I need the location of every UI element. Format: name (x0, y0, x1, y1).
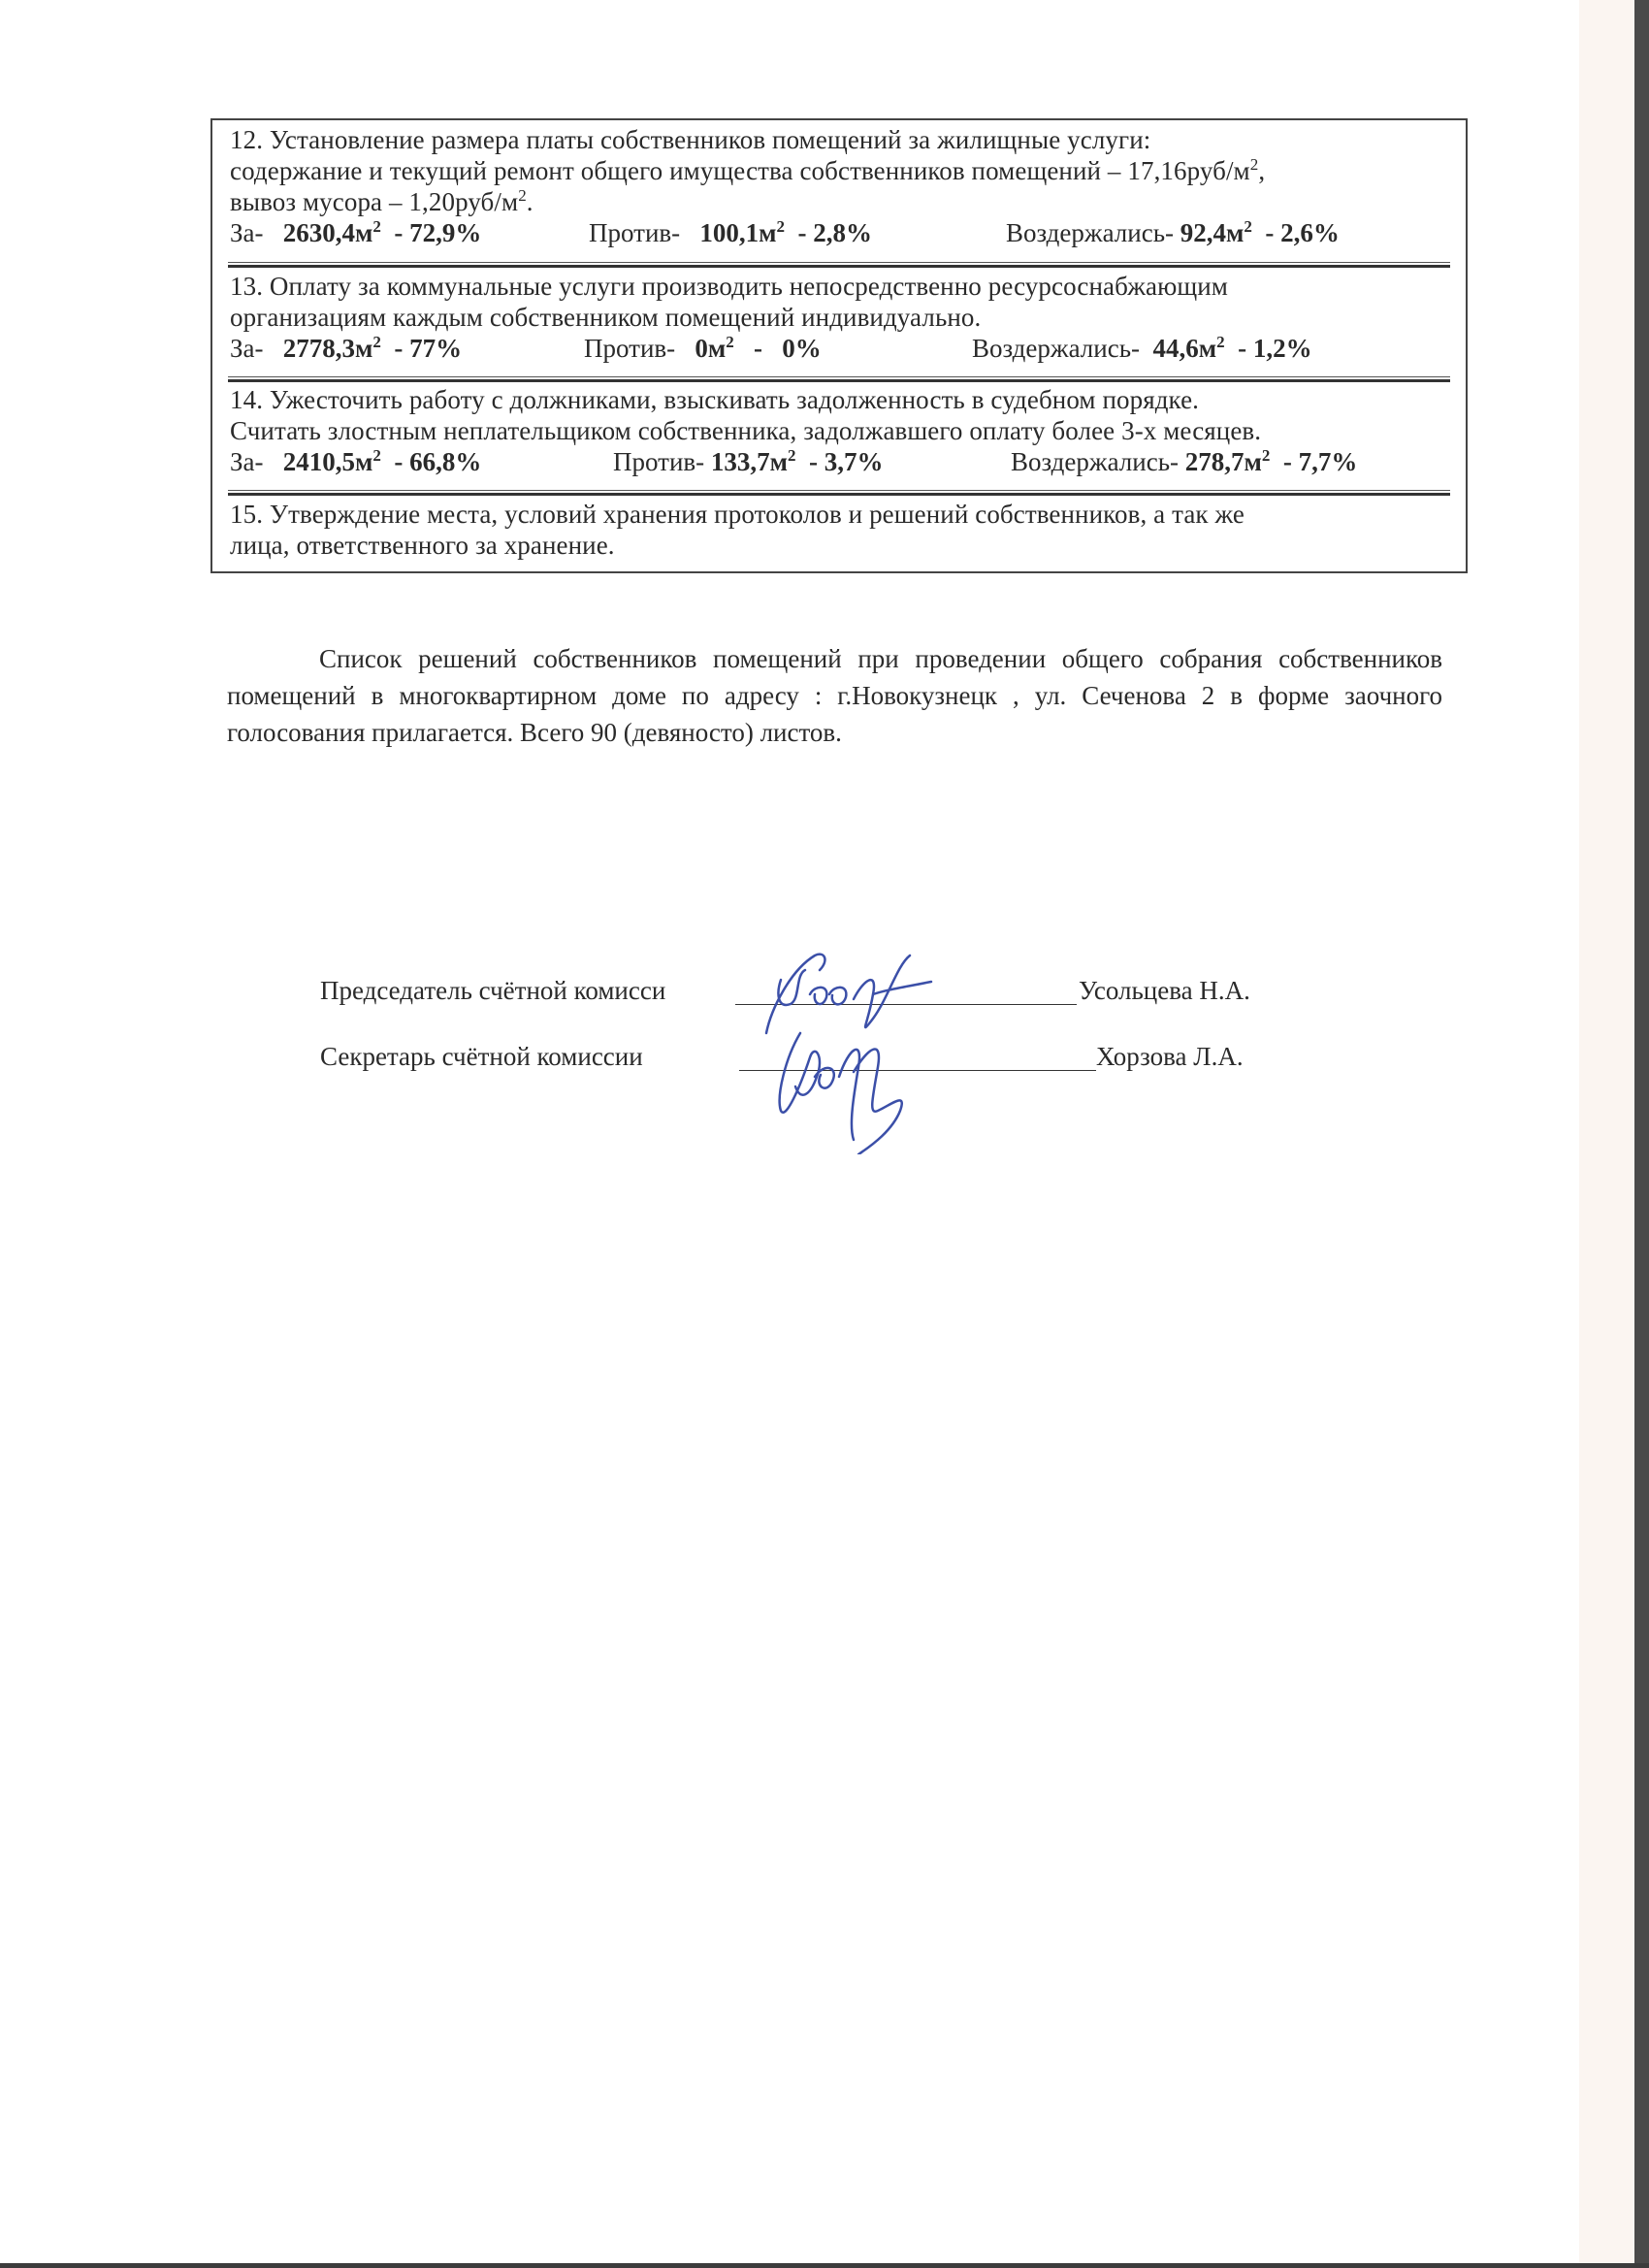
agenda-item-text: лица, ответственного за хранение. (230, 530, 1456, 561)
agenda-item-13: 13. Оплату за коммунальные услуги произв… (212, 271, 1466, 364)
secretary-name: Хорзова Л.А. (1096, 1041, 1244, 1072)
chairman-name: Усольцева Н.А. (1079, 975, 1250, 1006)
scan-border-bottom (0, 2263, 1649, 2268)
vote-against: Против- 100,1м2 - 2,8% (589, 217, 872, 248)
vote-results: За- 2630,4м2 - 72,9% Против- 100,1м2 - 2… (230, 217, 1456, 248)
agenda-item-text: Считать злостным неплательщиком собствен… (230, 415, 1456, 446)
agenda-item-text: 12. Установление размера платы собственн… (230, 124, 1456, 155)
row-divider (228, 262, 1450, 268)
agenda-item-text: вывоз мусора – 1,20руб/м2. (230, 186, 1456, 217)
agenda-item-text: 14. Ужесточить работу с должниками, взыс… (230, 384, 1456, 415)
agenda-item-text: содержание и текущий ремонт общего имуще… (230, 155, 1456, 186)
voting-results-table: 12. Установление размера платы собственн… (210, 118, 1468, 573)
vote-results: За- 2778,3м2 - 77% Против- 0м2 - 0% Возд… (230, 333, 1456, 364)
row-divider (228, 490, 1450, 496)
scan-edge-strip (1579, 0, 1634, 2263)
agenda-item-12: 12. Установление размера платы собственн… (212, 124, 1466, 248)
attachment-note: Список решений собственников помещений п… (227, 640, 1442, 751)
chairman-role-label: Председатель счётной комисси (320, 975, 665, 1006)
agenda-item-15: 15. Утверждение места, условий хранения … (212, 499, 1466, 561)
secretary-role-label: Секретарь счётной комиссии (320, 1041, 643, 1072)
scan-border-right (1634, 0, 1649, 2268)
vote-against: Против- 0м2 - 0% (584, 333, 822, 364)
agenda-item-text: организациям каждым собственником помеще… (230, 302, 1456, 333)
agenda-item-14: 14. Ужесточить работу с должниками, взыс… (212, 384, 1466, 477)
vote-against: Против- 133,7м2 - 3,7% (613, 446, 884, 477)
secretary-signature-icon (757, 1019, 951, 1154)
attachment-note-text: Список решений собственников помещений п… (227, 640, 1442, 751)
agenda-item-text: 13. Оплату за коммунальные услуги произв… (230, 271, 1456, 302)
vote-for: За- 2630,4м2 - 72,9% (230, 217, 481, 248)
agenda-item-text: 15. Утверждение места, условий хранения … (230, 499, 1456, 530)
vote-for: За- 2410,5м2 - 66,8% (230, 446, 481, 477)
vote-abstain: Воздержались- 278,7м2 - 7,7% (1011, 446, 1357, 477)
vote-abstain: Воздержались- 92,4м2 - 2,6% (1006, 217, 1340, 248)
row-divider (228, 376, 1450, 382)
vote-results: За- 2410,5м2 - 66,8% Против- 133,7м2 - 3… (230, 446, 1456, 477)
document-page: 12. Установление размера платы собственн… (0, 0, 1579, 2263)
vote-for: За- 2778,3м2 - 77% (230, 333, 462, 364)
vote-abstain: Воздержались- 44,6м2 - 1,2% (972, 333, 1312, 364)
